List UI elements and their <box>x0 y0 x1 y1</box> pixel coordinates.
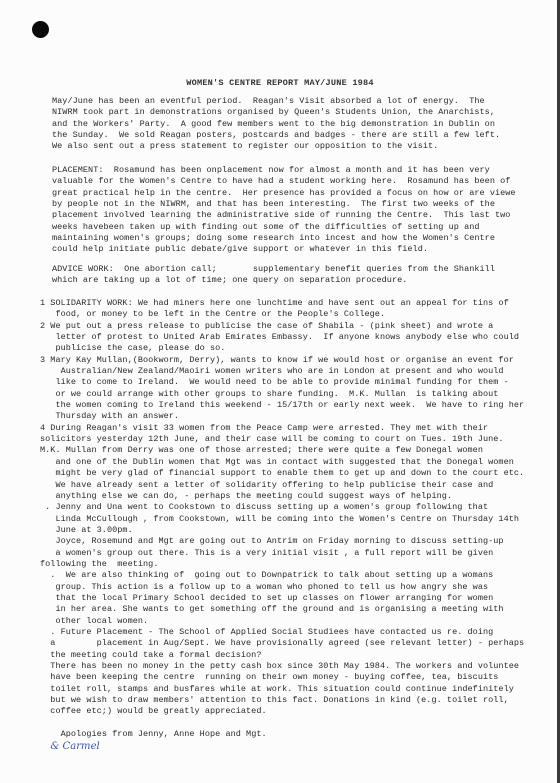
text-line: a women's group out there. This is a ver… <box>40 548 524 559</box>
text-line: coffee etc;) would be greatly appreciate… <box>40 706 524 717</box>
text-line: placement involved learning the administ… <box>52 210 516 221</box>
text-line: letter of protest to United Arab Emirate… <box>40 332 524 343</box>
text-line: There has been no money in the petty cas… <box>40 661 524 672</box>
text-line: valuable for the Women's Centre to have … <box>52 176 516 187</box>
text-line: and one of the Dublin women that Mgt was… <box>40 457 524 468</box>
text-line: Thursday with an answer. <box>40 411 524 422</box>
text-line: PLACEMENT: Rosamund has been onplacement… <box>52 165 516 176</box>
text-line: 3 Mary Kay Mullan,(Bookworm, Derry), wan… <box>40 355 524 366</box>
numbered-items: 1 SOLIDARITY WORK: We had miners here on… <box>40 298 524 718</box>
text-line: group. This action is a follow up to a w… <box>40 582 524 593</box>
placement-section: PLACEMENT: Rosamund has been onplacement… <box>52 165 516 256</box>
text-line: M.K. Mullan from Derry was one of those … <box>40 445 524 456</box>
handwritten-note: & Carmel <box>50 741 99 752</box>
text-line: other local women. <box>40 616 524 627</box>
text-line: that the local Primary School decided to… <box>40 593 524 604</box>
text-line: Joyce, Rosemund and Mgt are going out to… <box>40 536 524 547</box>
text-line: 1 SOLIDARITY WORK: We had miners here on… <box>40 298 524 309</box>
text-line: Linda McCullough , from Cookstown, will … <box>40 514 524 525</box>
document-title: WOMEN'S CENTRE REPORT MAY/JUNE 1984 <box>0 78 560 88</box>
text-line: in her area. She wants to get something … <box>40 604 524 615</box>
text-line: have been keeping the centre running on … <box>40 672 524 683</box>
text-line: a placement in Aug/Sept. We have provisi… <box>40 638 524 649</box>
text-line: by people not in the NIWRM, and that has… <box>52 199 516 210</box>
text-line: the Sunday. We sold Reagan posters, post… <box>52 130 500 141</box>
apologies-text: Apologies from Jenny, Anne Hope and Mgt. <box>50 729 266 739</box>
text-line: 4 During Reagan's visit 33 women from th… <box>40 423 524 434</box>
text-line: like to come to Ireland. We would need t… <box>40 377 524 388</box>
text-line: . Future Placement - The School of Appli… <box>40 627 524 638</box>
text-line: food, or money to be left in the Centre … <box>40 309 524 320</box>
text-line: could help initiate public debate/give s… <box>52 244 516 255</box>
text-line: . Jenny and Una went to Cookstown to dis… <box>40 502 524 513</box>
text-line: might be very glad of financial support … <box>40 468 524 479</box>
text-line: maintaining women's groups; doing some r… <box>52 233 516 244</box>
text-line: publicise the case, please do so. <box>40 343 524 354</box>
text-line: and the Workers' Party. A good few membe… <box>52 119 500 130</box>
text-line: NIWRM took part in demonstrations organi… <box>52 107 500 118</box>
text-line: We also sent out a press statement to re… <box>52 141 500 152</box>
text-line: We have already sent a letter of solidar… <box>40 480 524 491</box>
text-line: . We are also thinking of going out to D… <box>40 570 524 581</box>
text-line: anything else we can do, - perhaps the m… <box>40 491 524 502</box>
advice-work-section: ADVICE WORK: One abortion call; suppleme… <box>52 264 495 287</box>
punch-hole <box>32 21 49 38</box>
text-line: which are taking up a lot of time; one q… <box>52 275 495 286</box>
text-line: Australian/New Zealand/Maoiri women writ… <box>40 366 524 377</box>
text-line: great practical help in the centre. Her … <box>52 188 516 199</box>
intro-paragraph: May/June has been an eventful period. Re… <box>52 96 500 153</box>
text-line: the meeting could take a formal decision… <box>40 650 524 661</box>
text-line: ADVICE WORK: One abortion call; suppleme… <box>52 264 495 275</box>
text-line: the women coming to Ireland this weekend… <box>40 400 524 411</box>
text-line: weeks havebeen taken up with finding out… <box>52 222 516 233</box>
text-line: May/June has been an eventful period. Re… <box>52 96 500 107</box>
text-line: 2 We put out a press release to publicis… <box>40 321 524 332</box>
text-line: following the meeting. <box>40 559 524 570</box>
text-line: solicitors yesterday 12th June, and thei… <box>40 434 524 445</box>
text-line: June at 3.00pm. <box>40 525 524 536</box>
text-line: but we wish to draw members' attention t… <box>40 695 524 706</box>
text-line: or we could arrange with other groups to… <box>40 389 524 400</box>
apologies-line: Apologies from Jenny, Anne Hope and Mgt.… <box>40 718 267 753</box>
text-line: toilet roll, stamps and busfares while a… <box>40 684 524 695</box>
